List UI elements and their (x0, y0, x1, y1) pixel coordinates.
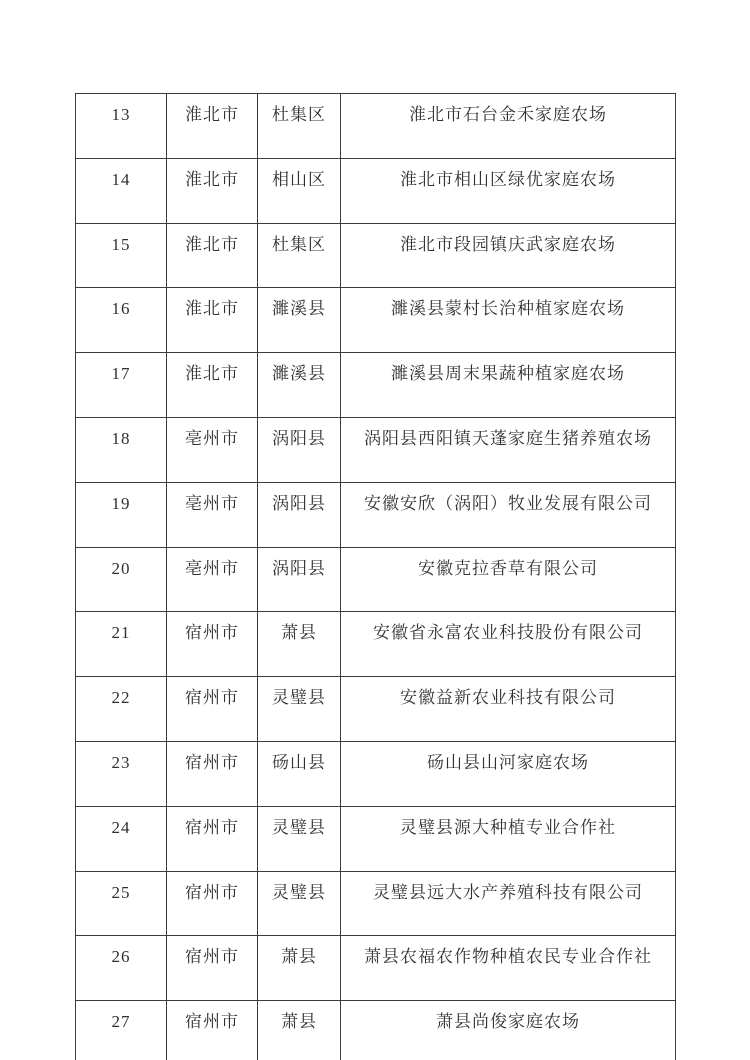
organization-cell: 淮北市相山区绿优家庭农场 (341, 158, 676, 223)
table-row: 19 亳州市 涡阳县 安徽安欣（涡阳）牧业发展有限公司 (76, 482, 676, 547)
city-cell: 淮北市 (167, 223, 258, 288)
city-cell: 亳州市 (167, 547, 258, 612)
county-cell: 萧县 (258, 936, 341, 1001)
table-row: 13 淮北市 杜集区 淮北市石台金禾家庭农场 (76, 94, 676, 159)
document-page: 13 淮北市 杜集区 淮北市石台金禾家庭农场 14 淮北市 相山区 淮北市相山区… (0, 0, 750, 1060)
organization-cell: 砀山县山河家庭农场 (341, 741, 676, 806)
organization-cell: 安徽安欣（涡阳）牧业发展有限公司 (341, 482, 676, 547)
county-cell: 濉溪县 (258, 288, 341, 353)
table-row: 21 宿州市 萧县 安徽省永富农业科技股份有限公司 (76, 612, 676, 677)
city-cell: 淮北市 (167, 353, 258, 418)
city-cell: 淮北市 (167, 288, 258, 353)
county-cell: 灵璧县 (258, 677, 341, 742)
organization-cell: 淮北市石台金禾家庭农场 (341, 94, 676, 159)
organization-cell: 安徽省永富农业科技股份有限公司 (341, 612, 676, 677)
county-cell: 杜集区 (258, 223, 341, 288)
organization-cell: 濉溪县蒙村长治种植家庭农场 (341, 288, 676, 353)
row-number-cell: 13 (76, 94, 167, 159)
city-cell: 淮北市 (167, 158, 258, 223)
organizations-table: 13 淮北市 杜集区 淮北市石台金禾家庭农场 14 淮北市 相山区 淮北市相山区… (75, 93, 676, 1060)
county-cell: 灵璧县 (258, 871, 341, 936)
organization-cell: 萧县农福农作物种植农民专业合作社 (341, 936, 676, 1001)
city-cell: 宿州市 (167, 741, 258, 806)
table-row: 18 亳州市 涡阳县 涡阳县西阳镇天蓬家庭生猪养殖农场 (76, 417, 676, 482)
row-number-cell: 14 (76, 158, 167, 223)
organization-cell: 萧县尚俊家庭农场 (341, 1001, 676, 1060)
table-row: 20 亳州市 涡阳县 安徽克拉香草有限公司 (76, 547, 676, 612)
table-row: 22 宿州市 灵璧县 安徽益新农业科技有限公司 (76, 677, 676, 742)
row-number-cell: 19 (76, 482, 167, 547)
table-row: 27 宿州市 萧县 萧县尚俊家庭农场 (76, 1001, 676, 1060)
county-cell: 灵璧县 (258, 806, 341, 871)
county-cell: 萧县 (258, 1001, 341, 1060)
city-cell: 亳州市 (167, 482, 258, 547)
row-number-cell: 16 (76, 288, 167, 353)
table-row: 14 淮北市 相山区 淮北市相山区绿优家庭农场 (76, 158, 676, 223)
city-cell: 宿州市 (167, 677, 258, 742)
row-number-cell: 18 (76, 417, 167, 482)
city-cell: 宿州市 (167, 936, 258, 1001)
organization-cell: 淮北市段园镇庆武家庭农场 (341, 223, 676, 288)
organization-cell: 灵璧县源大种植专业合作社 (341, 806, 676, 871)
table-row: 23 宿州市 砀山县 砀山县山河家庭农场 (76, 741, 676, 806)
table-row: 24 宿州市 灵璧县 灵璧县源大种植专业合作社 (76, 806, 676, 871)
organization-cell: 涡阳县西阳镇天蓬家庭生猪养殖农场 (341, 417, 676, 482)
table-row: 17 淮北市 濉溪县 濉溪县周末果蔬种植家庭农场 (76, 353, 676, 418)
county-cell: 涡阳县 (258, 482, 341, 547)
organization-cell: 安徽克拉香草有限公司 (341, 547, 676, 612)
organization-cell: 濉溪县周末果蔬种植家庭农场 (341, 353, 676, 418)
county-cell: 杜集区 (258, 94, 341, 159)
row-number-cell: 21 (76, 612, 167, 677)
row-number-cell: 26 (76, 936, 167, 1001)
city-cell: 宿州市 (167, 871, 258, 936)
city-cell: 宿州市 (167, 612, 258, 677)
row-number-cell: 23 (76, 741, 167, 806)
county-cell: 濉溪县 (258, 353, 341, 418)
county-cell: 砀山县 (258, 741, 341, 806)
row-number-cell: 22 (76, 677, 167, 742)
row-number-cell: 15 (76, 223, 167, 288)
row-number-cell: 24 (76, 806, 167, 871)
city-cell: 宿州市 (167, 806, 258, 871)
city-cell: 亳州市 (167, 417, 258, 482)
table-row: 26 宿州市 萧县 萧县农福农作物种植农民专业合作社 (76, 936, 676, 1001)
table-row: 25 宿州市 灵璧县 灵璧县远大水产养殖科技有限公司 (76, 871, 676, 936)
table-row: 15 淮北市 杜集区 淮北市段园镇庆武家庭农场 (76, 223, 676, 288)
county-cell: 涡阳县 (258, 547, 341, 612)
city-cell: 淮北市 (167, 94, 258, 159)
row-number-cell: 17 (76, 353, 167, 418)
organization-cell: 灵璧县远大水产养殖科技有限公司 (341, 871, 676, 936)
table-row: 16 淮北市 濉溪县 濉溪县蒙村长治种植家庭农场 (76, 288, 676, 353)
city-cell: 宿州市 (167, 1001, 258, 1060)
county-cell: 相山区 (258, 158, 341, 223)
row-number-cell: 27 (76, 1001, 167, 1060)
row-number-cell: 20 (76, 547, 167, 612)
row-number-cell: 25 (76, 871, 167, 936)
county-cell: 萧县 (258, 612, 341, 677)
organization-cell: 安徽益新农业科技有限公司 (341, 677, 676, 742)
county-cell: 涡阳县 (258, 417, 341, 482)
